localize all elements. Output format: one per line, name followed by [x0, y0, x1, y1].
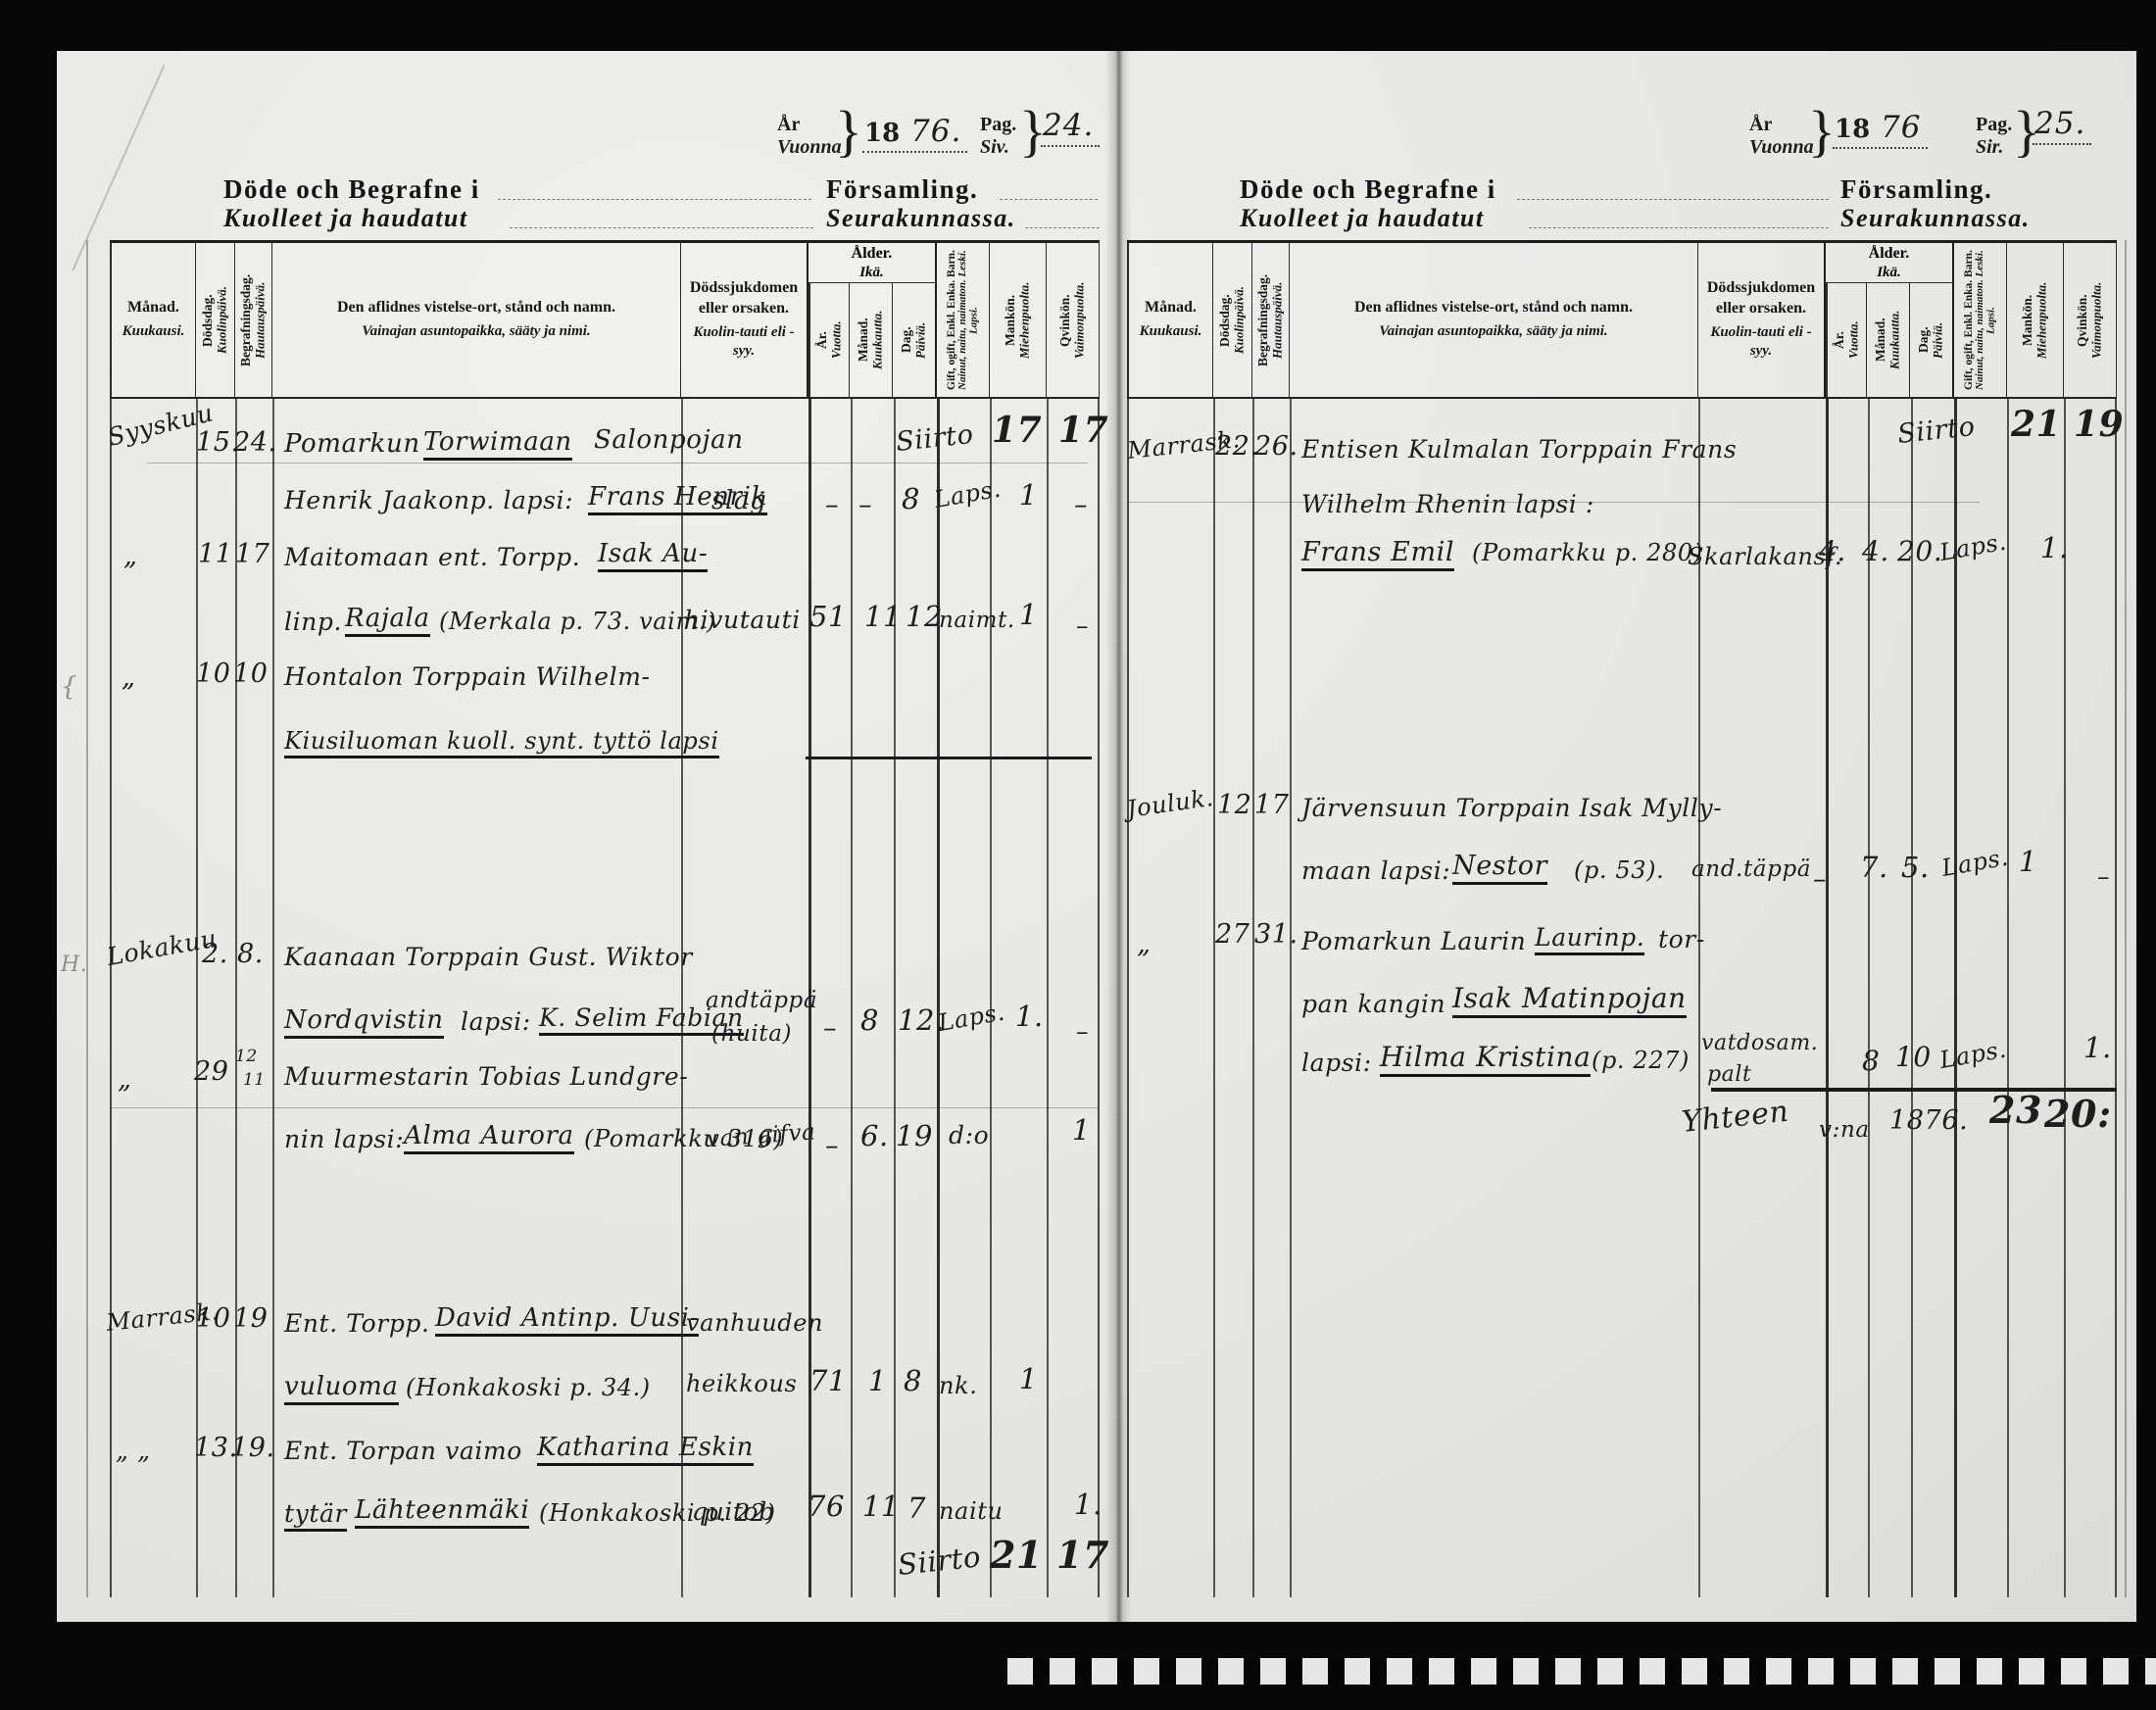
year-value-right: 18 76	[1833, 110, 1928, 149]
handwritten-entry: 20:	[2044, 1092, 2112, 1136]
column-header: Dag.Päiviä.	[1910, 283, 1952, 397]
handwritten-entry: vatdosam.	[1701, 1031, 1818, 1055]
ink-rule-line	[147, 463, 1088, 464]
parish-blank-line	[1517, 198, 1829, 200]
table-column-line	[2064, 399, 2066, 1597]
page-label-sv: Pag.	[1976, 114, 2012, 136]
handwritten-entry: heikkous	[686, 1370, 797, 1397]
handwritten-entry: 10	[196, 659, 231, 689]
handwritten-entry: –	[1076, 611, 1089, 640]
handwritten-entry: 1.	[1074, 1488, 1102, 1521]
parish-blank-line	[510, 226, 813, 228]
age-subcolumns: År.Vuotta.Månad.Kuukautta.Dag.Päiviä.	[808, 283, 935, 397]
handwritten-entry: 11	[198, 539, 233, 569]
table-column-line	[681, 399, 683, 1597]
handwritten-entry: 8	[860, 1003, 879, 1037]
column-header: Dödssjukdomen eller orsaken.Kuolin-tauti…	[681, 243, 808, 397]
handwritten-entry: 17	[235, 539, 270, 569]
handwritten-entry: –	[825, 1131, 839, 1161]
ink-rule-line	[110, 1107, 1100, 1108]
handwritten-entry: andtäppä	[706, 988, 817, 1013]
handwritten-entry: 11	[243, 1070, 266, 1090]
handwritten-entry: 1	[1072, 1113, 1091, 1147]
table-column-line	[1911, 399, 1913, 1597]
table-column-line	[851, 399, 853, 1597]
handwritten-entry: 12	[235, 1047, 258, 1066]
handwritten-entry: 71	[809, 1364, 847, 1397]
ink-rule-line	[1127, 502, 1980, 503]
page-label-fi: Siv.	[980, 136, 1016, 159]
column-header: Gift, ogift, Enkl. Enka. Barn.Nainut, na…	[937, 243, 990, 397]
handwritten-entry: vuluoma	[284, 1372, 399, 1405]
handwritten-entry: Lähteenmäki	[355, 1495, 529, 1529]
year-label-sv: År	[777, 114, 842, 136]
age-group-label: Ålder.Ikä.	[808, 243, 935, 283]
year-label-right: År Vuonna	[1749, 114, 1814, 159]
handwritten-entry: Wilhelm Rhenin lapsi :	[1301, 490, 1594, 518]
right-margin-line	[2125, 240, 2127, 1597]
handwritten-entry: Nestor	[1452, 851, 1547, 885]
handwritten-entry: Rajala	[345, 604, 430, 637]
handwritten-entry: 19	[233, 1303, 269, 1334]
column-header: Den aflidnes vistelse-ort, stånd och nam…	[272, 243, 681, 397]
handwritten-entry: Torwimaan	[423, 427, 572, 461]
handwritten-entry: Maitomaan ent. Torpp.	[284, 543, 580, 571]
handwritten-entry: Järvensuun Torppain Isak Mylly-	[1301, 794, 1722, 822]
table-column-line	[272, 399, 274, 1597]
handwritten-entry: 11	[862, 1490, 900, 1523]
column-header: Månad.Kuukautta.	[1867, 283, 1909, 397]
handwritten-entry: (Honkakoski p. 34.)	[406, 1374, 651, 1401]
handwritten-entry: „	[1137, 929, 1151, 959]
handwritten-entry: linp.	[284, 608, 342, 636]
handwritten-entry: 1.	[2083, 1031, 2112, 1064]
age-group-label: Ålder.Ikä.	[1826, 243, 1952, 283]
handwritten-entry: Pomarkun	[284, 429, 420, 459]
title-swedish-left: Döde och Begrafne i	[223, 174, 480, 205]
handwritten-entry: (Pomarkku p. 280)	[1472, 539, 1703, 566]
handwritten-entry: 2.	[202, 939, 228, 969]
handwritten-entry: 4.	[1819, 535, 1846, 567]
handwritten-entry: 1876.	[1889, 1105, 1968, 1136]
handwritten-entry: 1.	[2040, 531, 2069, 564]
year-label-fi: Vuonna	[777, 136, 842, 159]
parish-blank-line	[1000, 198, 1098, 200]
handwritten-entry: –	[2097, 862, 2110, 891]
column-header: Dag.Päiviä.	[893, 283, 935, 397]
handwritten-entry: palt	[1707, 1062, 1751, 1087]
handwritten-entry: Isak Au-	[598, 539, 708, 572]
parish-label-fi-left: Seurakunnassa.	[826, 204, 1016, 233]
table-header-left: Månad.Kuukausi.Dödsdag.Kuolinpäivä.Begra…	[110, 240, 1100, 399]
handwritten-entry: „	[118, 1064, 132, 1095]
page-label-sv: Pag.	[980, 114, 1016, 136]
handwritten-entry: 12	[1217, 790, 1252, 820]
title-finnish-left: Kuolleet ja haudatut	[223, 204, 468, 233]
handwritten-entry: maan lapsi:	[1301, 856, 1450, 885]
column-header: Begrafningsdag.Hautauspäivä.	[235, 243, 272, 397]
handwritten-entry: 7	[907, 1491, 926, 1525]
table-column-line	[937, 399, 940, 1597]
handwritten-entry: 22.	[1215, 431, 1259, 462]
handwritten-entry: H.	[61, 953, 87, 977]
column-header: Mankön.Miehenpuolta.	[2007, 243, 2064, 397]
handwritten-entry: 1	[2019, 845, 2037, 878]
handwritten-entry: Frans Emil	[1301, 537, 1454, 571]
table-column-line	[1047, 399, 1049, 1597]
handwritten-entry: 5.	[1901, 851, 1930, 884]
handwritten-entry: 1	[868, 1364, 887, 1397]
parish-label-sv-left: Församling.	[826, 174, 978, 205]
handwritten-entry: 12	[906, 600, 943, 633]
parish-label-fi-right: Seurakunnassa.	[1840, 204, 2031, 233]
column-header: Mankön.Miehenpuolta.	[990, 243, 1047, 397]
handwritten-entry: David Antinp. Uusi-	[435, 1303, 699, 1337]
handwritten-entry: 19.	[231, 1433, 275, 1463]
page-number-left: 24.	[1041, 108, 1100, 147]
handwritten-entry: –	[825, 490, 839, 520]
page-label-left: Pag. Siv.	[980, 114, 1016, 159]
handwritten-entry: 29	[194, 1056, 229, 1087]
table-column-line	[1698, 399, 1700, 1597]
handwritten-entry: 10	[1895, 1041, 1932, 1073]
page-label-right: Pag. Sir.	[1976, 114, 2012, 159]
handwritten-entry: Katharina Eskin	[537, 1433, 754, 1466]
handwritten-entry: naimt.	[939, 608, 1015, 633]
handwritten-entry: Isak Matinpojan	[1452, 982, 1687, 1018]
handwritten-entry: Ent. Torpp.	[284, 1309, 430, 1338]
handwritten-entry: 8	[904, 1364, 922, 1397]
handwritten-entry: tytär	[284, 1499, 347, 1532]
handwritten-entry: nk.	[939, 1372, 977, 1399]
handwritten-entry: Kaanaan Torppain Gust. Wiktor	[284, 943, 693, 971]
handwritten-entry: 8	[1862, 1045, 1880, 1077]
year-brace-left: }	[835, 98, 862, 164]
column-header: Den aflidnes vistelse-ort, stånd och nam…	[1290, 243, 1698, 397]
handwritten-entry: 6.	[860, 1119, 889, 1152]
handwritten-entry: Ent. Torpan vaimo	[284, 1437, 522, 1465]
handwritten-entry: 23	[1989, 1088, 2042, 1132]
year-label-sv: År	[1749, 114, 1814, 136]
year-print-left: 18	[864, 119, 900, 148]
handwritten-entry: hivutauti	[684, 606, 801, 634]
handwritten-entry: {	[61, 672, 77, 702]
handwritten-entry: –	[1074, 490, 1088, 520]
column-header: Qvinkön.Vaimonpuolta.	[1047, 243, 1100, 397]
handwritten-entry: Hilma Kristina	[1380, 1041, 1591, 1077]
microfilm-sprocket-strip	[1007, 1658, 2156, 1685]
handwritten-entry: Pomarkun Laurin	[1301, 927, 1526, 955]
handwritten-entry: Laurinp.	[1535, 923, 1644, 955]
column-header: Månad.Kuukausi.	[1127, 243, 1213, 397]
handwritten-entry: Entisen Kulmalan Torppain Frans	[1301, 435, 1737, 464]
handwritten-entry: 1	[1019, 478, 1038, 512]
parish-blank-line	[1529, 226, 1829, 228]
column-header: Gift, ogift, Enkl. Enka. Barn.Nainut, na…	[1954, 243, 2007, 397]
parish-label-sv-right: Församling.	[1840, 174, 1992, 205]
handwritten-entry: 27	[1215, 919, 1250, 950]
handwritten-entry: Salonpojan	[594, 425, 744, 455]
handwritten-entry: 21	[990, 1533, 1043, 1577]
handwritten-entry: 17	[1058, 410, 1108, 451]
handwritten-entry: 10	[196, 1303, 231, 1334]
handwritten-entry: 17	[992, 410, 1042, 451]
handwritten-entry: 20.	[1897, 535, 1942, 567]
handwritten-entry: Kiusiluoman kuoll. synt. tyttö lapsi	[284, 727, 719, 758]
handwritten-entry: 7.	[1860, 851, 1888, 884]
year-brace-right: }	[1808, 98, 1836, 164]
table-column-line	[2007, 399, 2009, 1597]
column-header: Qvinkön.Vaimonpuolta.	[2064, 243, 2117, 397]
handwritten-entry: 1	[1019, 598, 1038, 631]
handwritten-entry: 1	[1019, 1362, 1038, 1395]
handwritten-entry: 24.	[233, 427, 277, 458]
table-column-line	[1826, 399, 1829, 1597]
handwritten-entry: „	[122, 662, 136, 693]
parish-blank-line	[1025, 226, 1100, 228]
handwritten-entry: lapsi:	[1301, 1049, 1372, 1077]
handwritten-entry: Nordqvistin	[284, 1005, 444, 1039]
table-column-line	[1868, 399, 1870, 1597]
table-column-line	[196, 399, 198, 1597]
handwritten-entry: Henrik Jaakonp. lapsi:	[284, 486, 573, 514]
handwritten-entry: naitu	[939, 1497, 1004, 1525]
table-column-line	[990, 399, 992, 1597]
handwritten-entry: 17	[1056, 1533, 1109, 1577]
handwritten-entry: v:na	[1819, 1117, 1870, 1143]
title-swedish-right: Döde och Begrafne i	[1240, 174, 1496, 205]
handwritten-entry: 8.	[237, 939, 264, 969]
handwritten-entry: 19	[896, 1119, 933, 1152]
column-header: Dödsdag.Kuolinpäivä.	[1213, 243, 1252, 397]
parish-blank-line	[498, 198, 811, 200]
handwritten-entry: 31.	[1254, 919, 1298, 950]
title-finnish-right: Kuolleet ja haudatut	[1240, 204, 1485, 233]
column-header: År.Vuotta.	[1826, 283, 1867, 397]
ink-rule-line	[806, 757, 1092, 759]
year-label-fi: Vuonna	[1749, 136, 1814, 159]
handwritten-entry: Muurmestarin Tobias Lundgre-	[284, 1062, 688, 1091]
handwritten-entry: 11	[864, 600, 902, 633]
handwritten-entry: 1.	[1015, 1000, 1044, 1033]
column-header: Månad.Kuukautta.	[850, 283, 892, 397]
handwritten-entry: –	[1076, 1017, 1089, 1046]
handwritten-entry: 17	[1254, 790, 1290, 820]
handwritten-entry: and.täppä	[1691, 856, 1811, 882]
column-header: Dödssjukdomen eller orsaken.Kuolin-tauti…	[1698, 243, 1826, 397]
table-column-line	[1213, 399, 1215, 1597]
left-margin-line	[86, 240, 88, 1597]
handwritten-entry: (p. 53).	[1574, 856, 1664, 884]
table-column-line	[235, 399, 237, 1597]
column-header: Månad.Kuukausi.	[110, 243, 196, 397]
handwritten-entry: „ „	[116, 1437, 151, 1465]
column-header: Begrafningsdag.Hautauspäivä.	[1252, 243, 1290, 397]
year-hand-left: 76.	[910, 114, 961, 149]
handwritten-entry: 26.	[1254, 431, 1298, 462]
handwritten-entry: (huita)	[711, 1021, 792, 1047]
handwritten-entry: vanhuuden	[686, 1309, 823, 1337]
scan-stage: År Vuonna } 18 76. Pag. Siv. } 24. År Vu…	[0, 0, 2156, 1710]
column-header: År.Vuotta.	[808, 283, 850, 397]
year-label-left: År Vuonna	[777, 114, 842, 159]
table-header-right: Månad.Kuukausi.Dödsdag.Kuolinpäivä.Begra…	[1127, 240, 2117, 399]
table-column-line	[1252, 399, 1254, 1597]
year-value-left: 18 76.	[862, 114, 967, 153]
age-subcolumns: År.Vuotta.Månad.Kuukautta.Dag.Päiviä.	[1826, 283, 1952, 397]
handwritten-entry: 21	[2011, 404, 2061, 445]
year-hand-right: 76	[1881, 110, 1921, 145]
handwritten-entry: 4.	[1862, 535, 1889, 567]
page-number-right: 25.	[2033, 106, 2091, 145]
handwritten-entry: Hontalon Torppain Wilhelm-	[284, 662, 651, 691]
handwritten-entry: nin lapsi:	[284, 1125, 404, 1153]
handwritten-entry: –	[823, 1013, 837, 1044]
table-column-line	[894, 399, 896, 1597]
table-column-line	[2115, 399, 2117, 1597]
table-column-line	[1290, 399, 1292, 1597]
handwritten-entry: 76	[808, 1490, 845, 1523]
handwritten-entry: pan kangin	[1301, 990, 1445, 1018]
handwritten-entry: lapsi:	[461, 1007, 531, 1036]
column-header: Dödsdag.Kuolinpäivä.	[196, 243, 235, 397]
year-print-right: 18	[1835, 115, 1870, 144]
handwritten-entry: 8	[902, 482, 920, 515]
handwritten-entry: –	[1813, 864, 1827, 895]
handwritten-entry: „	[123, 541, 138, 571]
handwritten-entry: –	[858, 490, 872, 520]
handwritten-entry: 19	[2074, 404, 2124, 445]
handwritten-entry: slag	[711, 486, 766, 515]
handwritten-entry: (Merkala p. 73. vaim.)	[439, 608, 716, 635]
handwritten-entry: 10	[233, 659, 269, 689]
table-column-line	[110, 399, 112, 1597]
handwritten-entry: quitob	[692, 1497, 775, 1526]
handwritten-entry: 51	[809, 600, 847, 633]
handwritten-entry: tor-	[1658, 925, 1705, 953]
page-label-fi: Sir.	[1976, 136, 2012, 159]
age-column-group: Ålder.Ikä.År.Vuotta.Månad.Kuukautta.Dag.…	[808, 243, 937, 397]
handwritten-entry: d:o	[949, 1121, 989, 1149]
table-column-line	[1098, 399, 1100, 1597]
handwritten-entry: (p. 227)	[1592, 1047, 1690, 1074]
table-column-line	[1954, 399, 1957, 1597]
age-column-group: Ålder.Ikä.År.Vuotta.Månad.Kuukautta.Dag.…	[1826, 243, 1954, 397]
handwritten-entry: Alma Aurora	[404, 1121, 574, 1154]
center-fold	[1105, 51, 1131, 1622]
